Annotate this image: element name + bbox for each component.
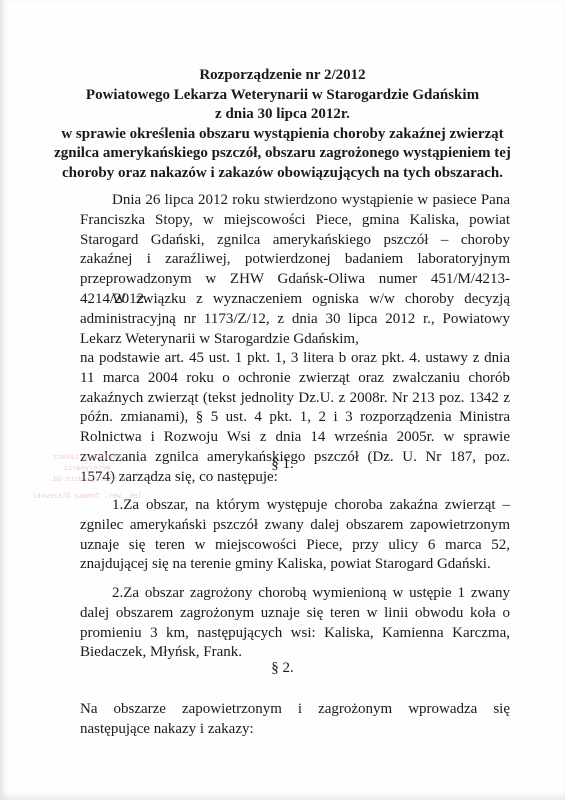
paragraph-text: Na obszarze zapowietrzonym i zagrożonym … (80, 701, 510, 737)
section-2-heading: § 2. (0, 660, 565, 677)
paragraph-decision: W związku z wyznaczeniem ogniska w/w cho… (80, 290, 510, 349)
stamp-line-2: w Starogardzie Gd. (32, 474, 142, 485)
paragraph-text: 1.Za obszar, na którym występuje choroba… (80, 497, 510, 572)
section-1-point-1: 1.Za obszar, na którym występuje choroba… (80, 496, 510, 575)
section-1-heading: § 1. (0, 456, 565, 473)
title-line-4: w sprawie określenia obszaru wystąpienia… (0, 125, 565, 145)
title-line-1: Rozporządzenie nr 2/2012 (0, 66, 565, 86)
document-page: Rozporządzenie nr 2/2012 Powiatowego Lek… (0, 0, 565, 800)
title-line-5: zgnilca amerykańskiego pszczół, obszaru … (0, 144, 565, 164)
section-2-intro: Na obszarze zapowietrzonym i zagrożonym … (80, 700, 510, 740)
paragraph-text: 2.Za obszar zagrożony chorobą wymienioną… (80, 585, 510, 660)
paragraph-text: W związku z wyznaczeniem ogniska w/w cho… (80, 291, 510, 347)
title-line-6: choroby oraz nakazów i zakazów obowiązuj… (0, 164, 565, 184)
document-title: Rozporządzenie nr 2/2012 Powiatowego Lek… (0, 66, 565, 184)
title-line-3: z dnia 30 lipca 2012r. (0, 105, 565, 125)
title-line-2: Powiatowego Lekarza Weterynarii w Starog… (0, 86, 565, 106)
section-1-point-2: 2.Za obszar zagrożony chorobą wymienioną… (80, 584, 510, 663)
